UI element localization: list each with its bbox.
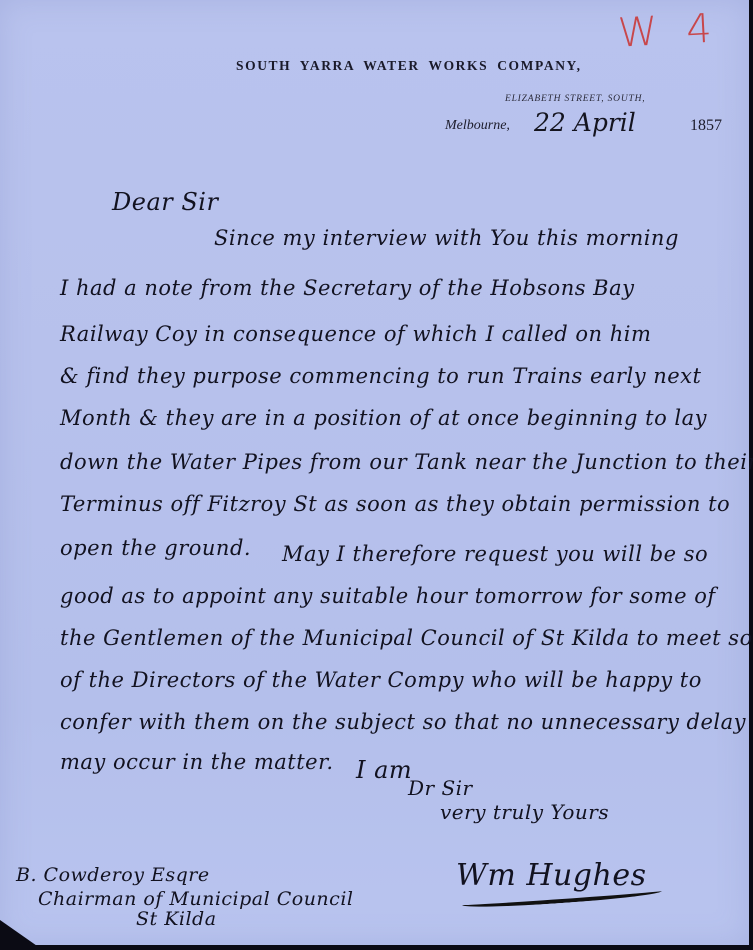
salutation: Dear Sir — [112, 188, 218, 216]
page-corner-shadow — [0, 920, 40, 948]
body-line: Railway Coy in consequence of which I ca… — [60, 322, 651, 346]
closing-line: very truly Yours — [440, 800, 609, 824]
body-line: of the Directors of the Water Compy who … — [60, 668, 702, 692]
body-line: Month & they are in a position of at onc… — [60, 406, 707, 430]
body-line: Terminus off Fitzroy St as soon as they … — [60, 492, 730, 516]
body-line: open the ground. — [60, 536, 251, 560]
closing-line: I am — [356, 756, 412, 784]
addressee-line: St Kilda — [136, 908, 217, 930]
letterhead-address: ELIZABETH STREET, SOUTH, — [505, 94, 645, 104]
letterhead-place: Melbourne, — [445, 118, 510, 134]
handwritten-date: 22 April — [534, 108, 636, 137]
addressee-line: B. Cowderoy Esqre — [16, 864, 210, 886]
closing-line: Dr Sir — [408, 776, 473, 800]
body-line: the Gentlemen of the Municipal Council o… — [60, 626, 753, 650]
body-line: good as to appoint any suitable hour tom… — [60, 584, 716, 608]
addressee-line: Chairman of Municipal Council — [38, 888, 353, 910]
body-line: may occur in the matter. — [60, 750, 334, 774]
body-line: I had a note from the Secretary of the H… — [60, 276, 635, 300]
body-line: confer with them on the subject so that … — [60, 710, 746, 734]
archive-mark: W 4 — [617, 5, 721, 56]
body-line: & find they purpose commencing to run Tr… — [60, 364, 701, 388]
letter-sheet: W 4 SOUTH YARRA WATER WORKS COMPANY, ELI… — [0, 0, 749, 945]
letterhead-year: 1857 — [690, 117, 722, 135]
signature: Wm Hughes — [456, 858, 646, 893]
letterhead-company: SOUTH YARRA WATER WORKS COMPANY, — [236, 58, 582, 74]
body-line: May I therefore request you will be so — [282, 542, 708, 566]
body-line: down the Water Pipes from our Tank near … — [60, 450, 753, 474]
body-line: Since my interview with You this morning — [214, 226, 679, 250]
